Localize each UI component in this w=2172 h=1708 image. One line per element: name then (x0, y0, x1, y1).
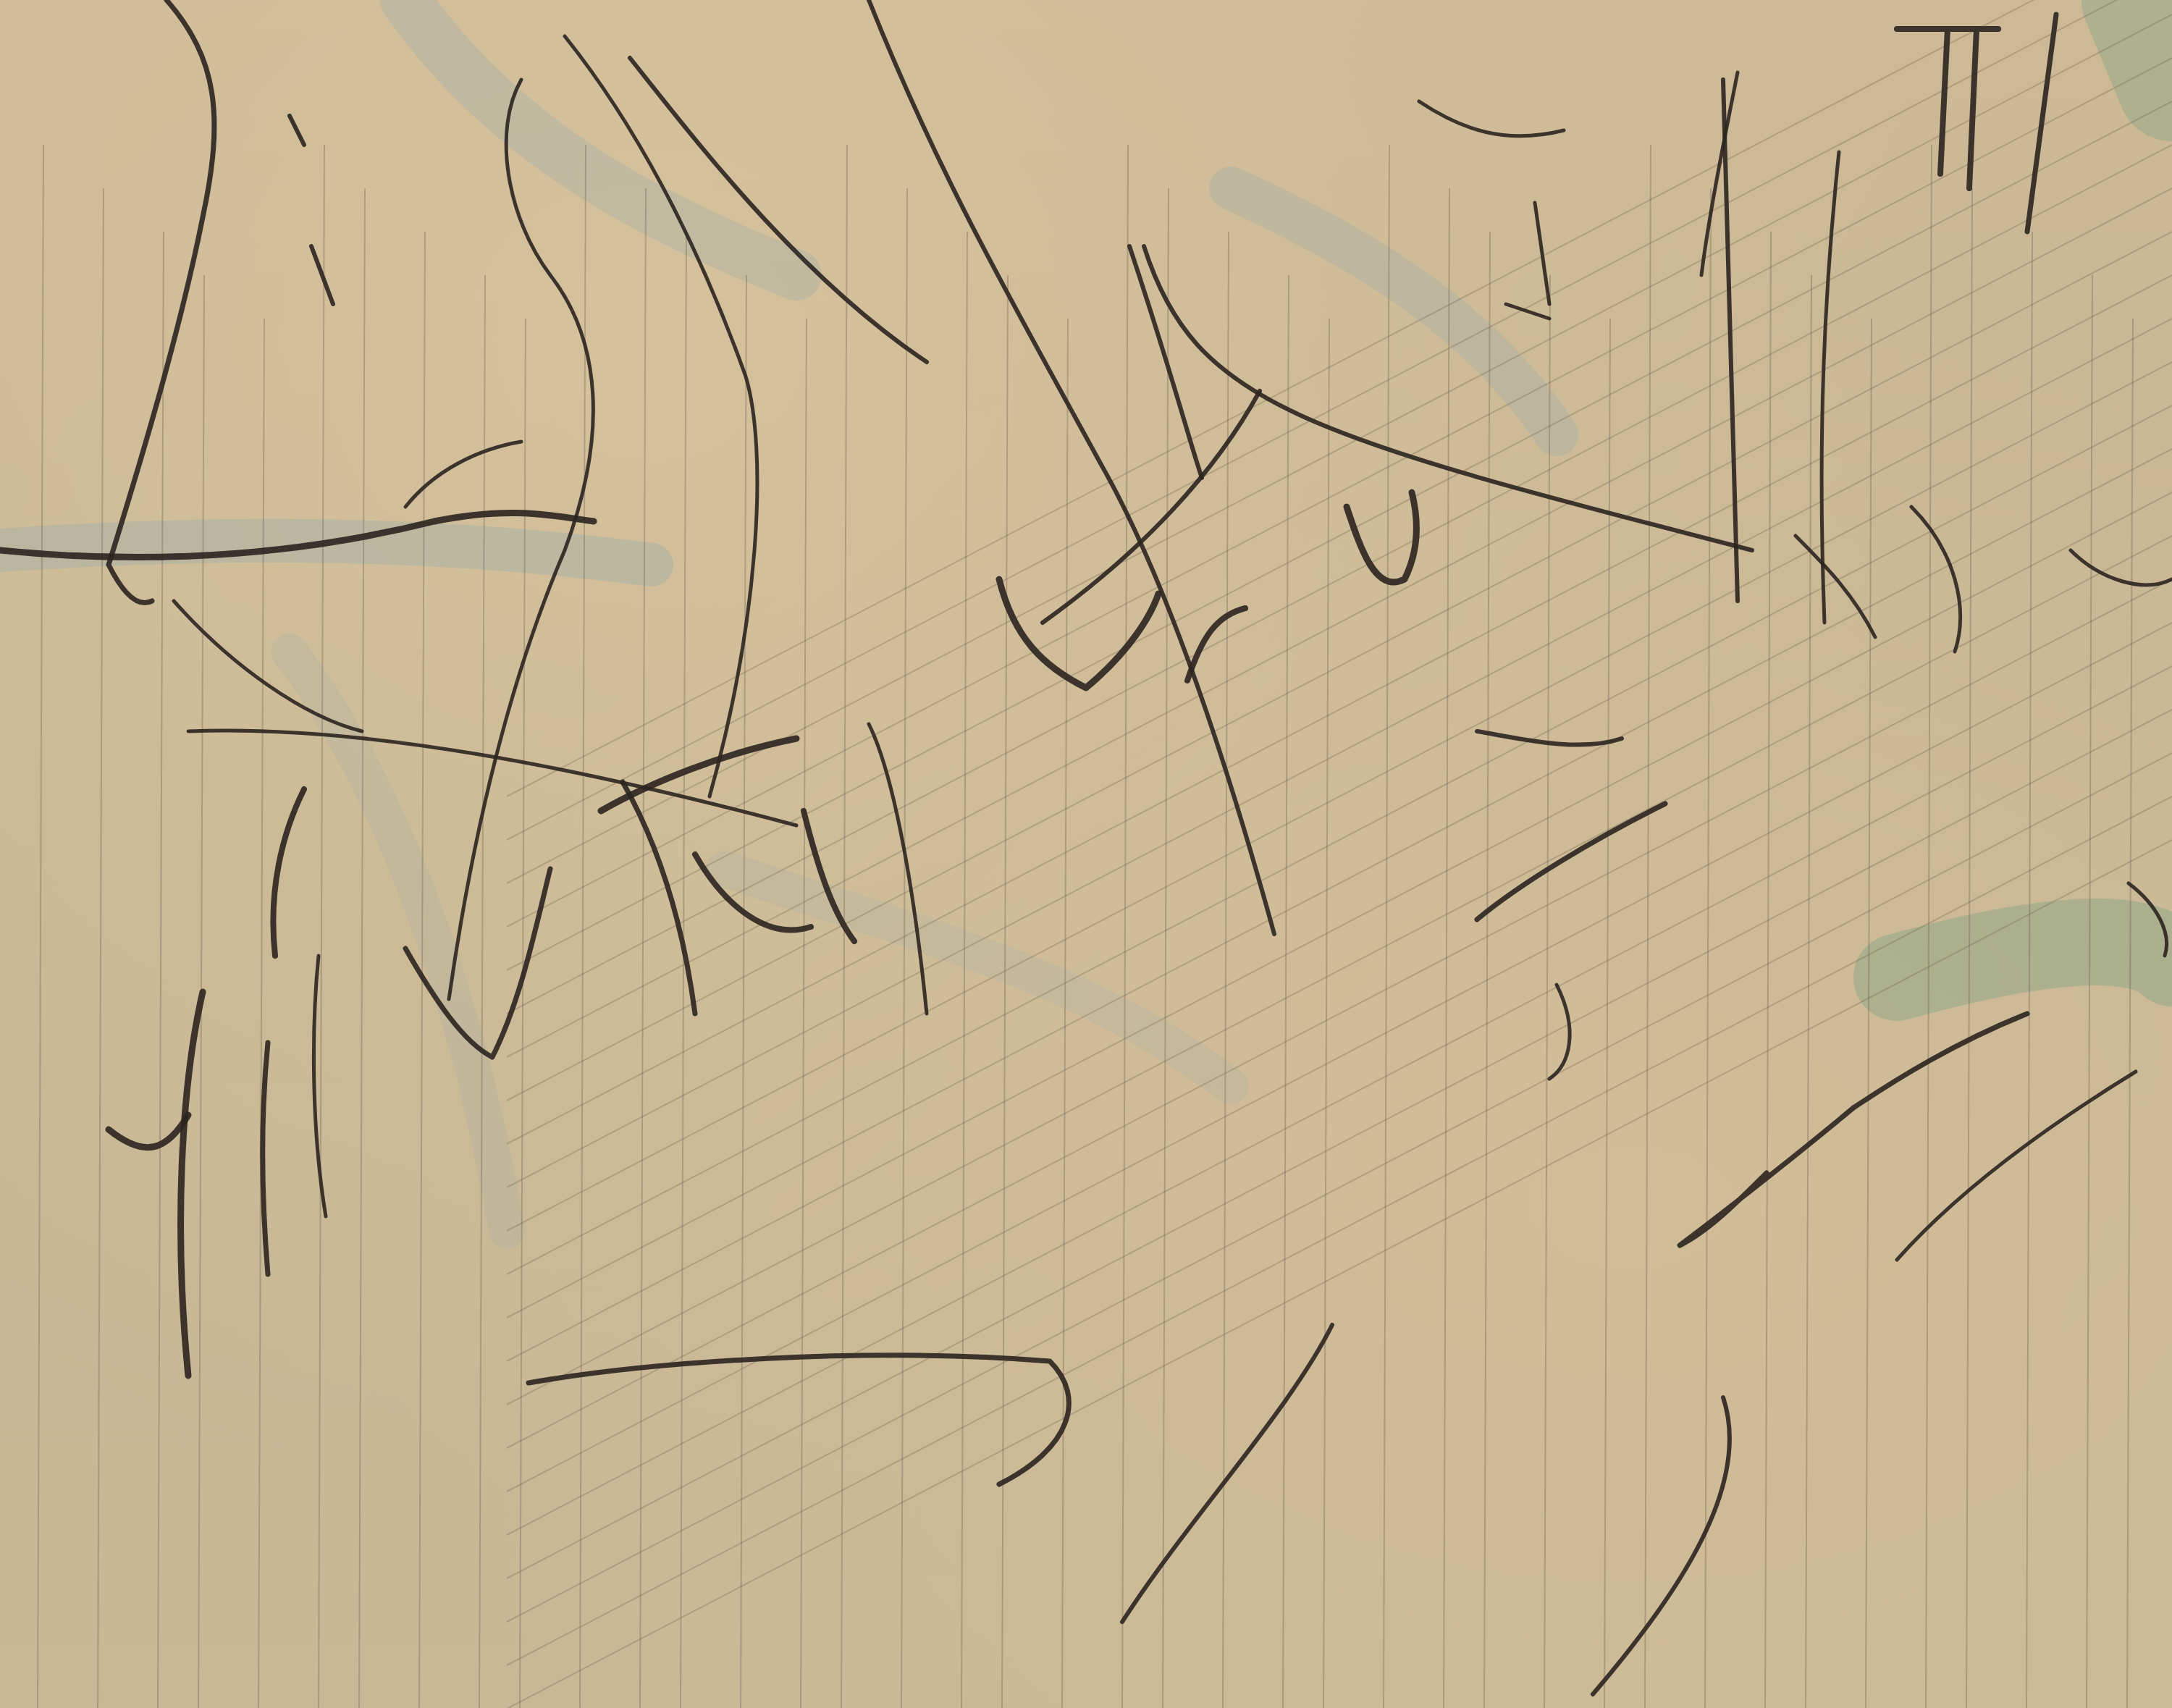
ink-stroke (1129, 246, 1202, 478)
ink-stroke (313, 956, 326, 1216)
ink-stroke (1506, 203, 1549, 319)
sketch-canvas: Ink sketch with handwritten fragments on… (0, 0, 2172, 1708)
ink-stroke (1701, 72, 1738, 275)
ink-stroke (695, 854, 811, 930)
ink-stroke (623, 782, 695, 1014)
ink-stroke (1796, 536, 1875, 637)
ink-stroke (2129, 883, 2167, 956)
ink-stroke (273, 789, 304, 956)
ink-stroke (1347, 492, 1417, 582)
ink-stroke (1477, 804, 1665, 920)
ink-stroke (1897, 1072, 2136, 1260)
ink-stroke (1680, 1014, 2027, 1245)
ink-stroke (529, 1355, 1069, 1484)
ink-stroke (1187, 608, 1245, 681)
ink-stroke (290, 116, 333, 304)
ink-stroke (1911, 507, 1961, 652)
ink-stroke (405, 442, 521, 507)
ink-stroke (2027, 14, 2056, 232)
ink-stroke (869, 0, 1274, 934)
ink-stroke (1144, 246, 1752, 550)
ink-stroke (1723, 80, 1738, 601)
ink-stroke (449, 80, 593, 999)
ink-stroke (1419, 101, 1564, 136)
ink-stroke (174, 601, 362, 731)
ink-stroke (804, 811, 854, 941)
ink-stroke (1477, 731, 1622, 745)
ink-stroke (1043, 391, 1260, 623)
ink-stroke (1549, 985, 1570, 1079)
ink-stroke (2071, 550, 2172, 585)
ink-stroke (1593, 1397, 1730, 1694)
ink-stroke (263, 1043, 269, 1274)
ink-stroke (1822, 152, 1839, 623)
ink-stroke (181, 992, 203, 1376)
ink-drawing-layer (0, 0, 2172, 1708)
ink-stroke (405, 869, 550, 1057)
ink-stroke (1897, 29, 1998, 188)
ink-stroke (109, 0, 214, 603)
ink-stroke (869, 724, 927, 1014)
ink-stroke (1122, 1325, 1332, 1622)
ink-stroke (109, 1115, 188, 1148)
ink-stroke (0, 513, 594, 557)
